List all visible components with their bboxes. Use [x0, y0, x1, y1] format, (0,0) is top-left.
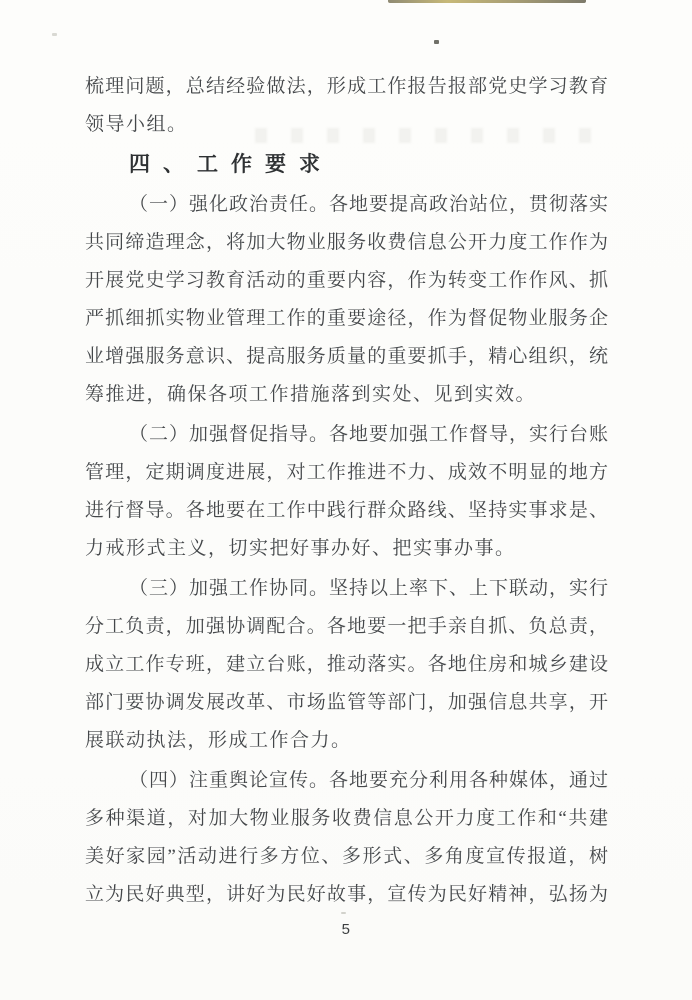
scan-artifact-top-edge: [388, 0, 586, 3]
paragraph-continuation: 梳理问题，总结经验做法，形成工作报告报部党史学习教育 领导小组。: [85, 68, 608, 144]
text-line: 美好家园”活动进行多方位、多形式、多角度宣传报道，树: [85, 838, 608, 876]
text-line: 梳理问题，总结经验做法，形成工作报告报部党史学习教育: [85, 68, 608, 106]
text-line: 开展党史学习教育活动的重要内容，作为转变工作作风、抓: [85, 262, 608, 300]
paragraph: （二）加强督促指导。各地要加强工作督导，实行台账 管理，定期调度进展，对工作推进…: [85, 416, 608, 568]
scanned-document-page: 梳理问题，总结经验做法，形成工作报告报部党史学习教育 领导小组。 四、工作要求 …: [0, 0, 692, 1000]
text-line: 部门要协调发展改革、市场监管等部门，加强信息共享，开: [85, 684, 608, 722]
text-line: （二）加强督促指导。各地要加强工作督导，实行台账: [85, 416, 608, 454]
scan-speck: [434, 40, 439, 44]
text-line: 力戒形式主义，切实把好事办好、把实事办事。: [85, 530, 608, 568]
text-line: 展联动执法，形成工作合力。: [85, 722, 608, 760]
document-body: 梳理问题，总结经验做法，形成工作报告报部党史学习教育 领导小组。 四、工作要求 …: [85, 68, 608, 914]
text-line: 业增强服务意识、提高服务质量的重要抓手，精心组织，统: [85, 338, 608, 376]
section-heading: 四、工作要求: [85, 146, 608, 184]
text-line: 共同缔造理念，将加大物业服务收费信息公开力度工作作为: [85, 224, 608, 262]
text-line: 领导小组。: [85, 106, 608, 144]
text-line: 筹推进，确保各项工作措施落到实处、见到实效。: [85, 376, 608, 414]
paragraph: （一）强化政治责任。各地要提高政治站位，贯彻落实 共同缔造理念，将加大物业服务收…: [85, 186, 608, 414]
page-footer: 5: [0, 921, 692, 938]
text-line: 多种渠道，对加大物业服务收费信息公开力度工作和“共建: [85, 800, 608, 838]
text-line: 管理，定期调度进展，对工作推进不力、成效不明显的地方: [85, 454, 608, 492]
text-line: （一）强化政治责任。各地要提高政治站位，贯彻落实: [85, 186, 608, 224]
paragraph: （三）加强工作协同。坚持以上率下、上下联动，实行 分工负责，加强协调配合。各地要…: [85, 570, 608, 760]
text-line: 进行督导。各地要在工作中践行群众路线、坚持实事求是、: [85, 492, 608, 530]
text-line: 立为民好典型，讲好为民好故事，宣传为民好精神，弘扬为: [85, 876, 608, 914]
scan-speck: [52, 33, 57, 36]
text-line: 成立工作专班，建立台账，推动落实。各地住房和城乡建设: [85, 646, 608, 684]
text-line: （三）加强工作协同。坚持以上率下、上下联动，实行: [85, 570, 608, 608]
page-number: 5: [342, 921, 351, 938]
text-line: 严抓细抓实物业管理工作的重要途径，作为督促物业服务企: [85, 300, 608, 338]
text-line: 分工负责，加强协调配合。各地要一把手亲自抓、负总责，: [85, 608, 608, 646]
text-line: （四）注重舆论宣传。各地要充分利用各种媒体，通过: [85, 762, 608, 800]
paragraph: （四）注重舆论宣传。各地要充分利用各种媒体，通过 多种渠道，对加大物业服务收费信…: [85, 762, 608, 914]
